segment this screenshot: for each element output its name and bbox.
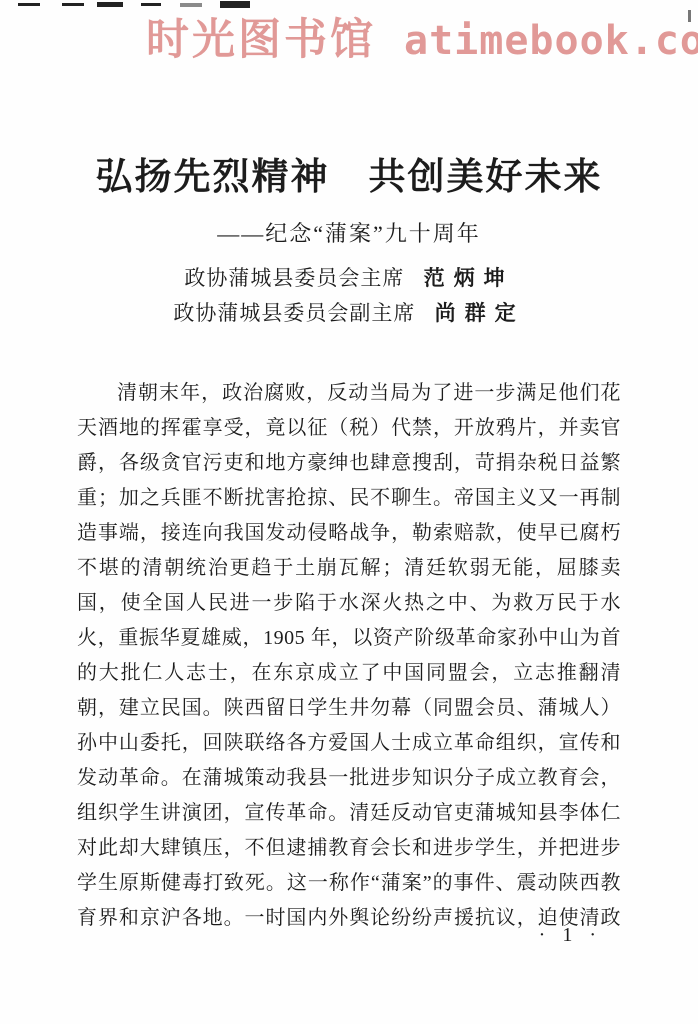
body-text-line: 天酒地的挥霍享受，竟以征（税）代禁，开放鸦片，并卖官鬻 [77,411,621,446]
body-text-line: 组织学生讲演团，宣传革命。清廷反动官吏蒲城知县李体仁 [77,796,621,831]
body-text-line: 国，使全国人民进一步陷于水深火热之中、为救万民于水 [77,586,621,621]
page-number: · 1 · [539,924,602,947]
body-text: 清朝末年，政治腐败，反动当局为了进一步满足他们花天酒地的挥霍享受，竟以征（税）代… [77,376,621,936]
body-text-line: 造事端，接连向我国发动侵略战争，勒索赔款，使早已腐朽 [77,516,621,551]
author-role: 政协蒲城县委员会主席 [184,266,404,290]
author-line: 政协蒲城县委员会副主席 尚群定 [77,296,621,331]
body-text-line: 火，重振华夏雄威，1905 年，以资产阶级革命家孙中山为首 [77,621,621,656]
body-text-line: 重；加之兵匪不断扰害抢掠、民不聊生。帝国主义又一再制 [77,481,621,516]
body-text-line: 爵，各级贪官污吏和地方豪绅也肆意搜刮，苛捐杂税日益繁 [77,446,621,481]
body-text-line: 学生原斯健毒打致死。这一称作“蒲案”的事件、震动陕西教 [77,866,621,901]
body-text-line: 发动革命。在蒲城策动我县一批进步知识分子成立教育会， [77,761,621,796]
author-block: 政协蒲城县委员会主席 范炳坤 政协蒲城县委员会副主席 尚群定 [77,261,621,331]
author-name: 范炳坤 [424,266,514,290]
scanned-book-page: 时光图书馆 atimebook.com 弘扬先烈精神 共创美好未来 ——纪念“蒲… [0,0,698,1024]
body-text-line: 孙中山委托，回陕联络各方爱国人士成立革命组织，宣传和 [77,726,621,761]
body-text-line: 朝，建立民国。陕西留日学生井勿幕（同盟会员、蒲城人）受 [77,691,621,726]
body-text-line: 的大批仁人志士，在东京成立了中国同盟会，立志推翻清 [77,656,621,691]
author-name: 尚群定 [435,301,525,325]
body-text-line: 对此却大肆镇压，不但逮捕教育会长和进步学生，并把进步 [77,831,621,866]
article-title: 弘扬先烈精神 共创美好未来 [77,146,621,200]
article: 弘扬先烈精神 共创美好未来 ——纪念“蒲案”九十周年 政协蒲城县委员会主席 范炳… [0,0,698,936]
author-role: 政协蒲城县委员会副主席 [173,301,415,325]
body-text-line: 不堪的清朝统治更趋于土崩瓦解；清廷软弱无能，屈膝卖 [77,551,621,586]
article-subtitle: ——纪念“蒲案”九十周年 [77,217,621,248]
body-text-line: 清朝末年，政治腐败，反动当局为了进一步满足他们花 [77,376,621,411]
author-line: 政协蒲城县委员会主席 范炳坤 [77,261,621,296]
